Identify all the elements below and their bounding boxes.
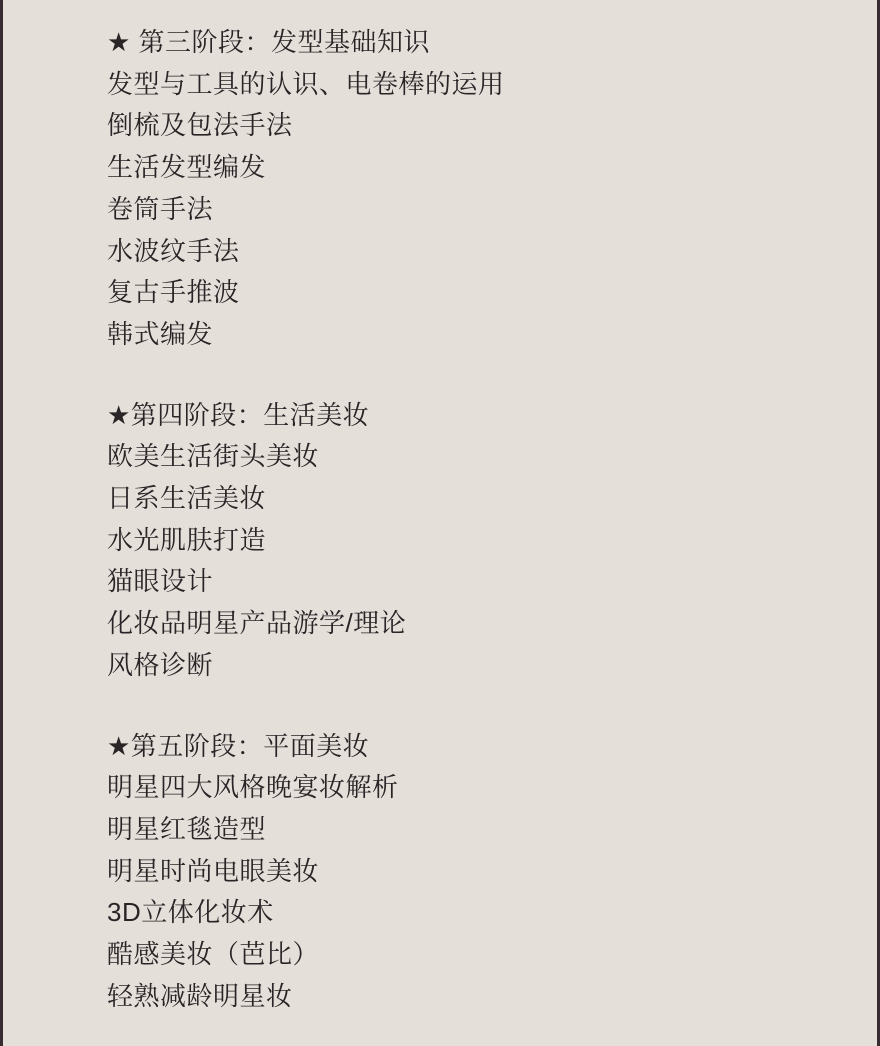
course-item: 复古手推波 xyxy=(107,272,837,314)
curriculum-page: ★ 第三阶段：发型基础知识 发型与工具的认识、电卷棒的运用 倒梳及包法手法 生活… xyxy=(0,0,880,1046)
course-item: 水波纹手法 xyxy=(107,231,837,273)
curriculum-list: ★ 第三阶段：发型基础知识 发型与工具的认识、电卷棒的运用 倒梳及包法手法 生活… xyxy=(107,22,837,1017)
course-item: 日系生活美妆 xyxy=(107,478,837,520)
section-stage-3: ★ 第三阶段：发型基础知识 发型与工具的认识、电卷棒的运用 倒梳及包法手法 生活… xyxy=(107,22,837,356)
course-item: 3D立体化妆术 xyxy=(107,892,837,934)
section-stage-4: ★第四阶段：生活美妆 欧美生活街头美妆 日系生活美妆 水光肌肤打造 猫眼设计 化… xyxy=(107,395,837,687)
section-header: ★第五阶段：平面美妆 xyxy=(107,726,837,768)
section-stage-5: ★第五阶段：平面美妆 明星四大风格晚宴妆解析 明星红毯造型 明星时尚电眼美妆 3… xyxy=(107,726,837,1018)
course-item: 水光肌肤打造 xyxy=(107,520,837,562)
course-item: 生活发型编发 xyxy=(107,147,837,189)
course-item: 猫眼设计 xyxy=(107,561,837,603)
section-header: ★第四阶段：生活美妆 xyxy=(107,395,837,437)
course-item: 明星红毯造型 xyxy=(107,809,837,851)
course-item: 明星时尚电眼美妆 xyxy=(107,851,837,893)
course-item: 酷感美妆（芭比） xyxy=(107,934,837,976)
course-item: 欧美生活街头美妆 xyxy=(107,436,837,478)
course-item: 明星四大风格晚宴妆解析 xyxy=(107,767,837,809)
course-item: 发型与工具的认识、电卷棒的运用 xyxy=(107,64,837,106)
course-item: 风格诊断 xyxy=(107,645,837,687)
course-item: 轻熟减龄明星妆 xyxy=(107,976,837,1018)
course-item: 倒梳及包法手法 xyxy=(107,105,837,147)
course-item: 化妆品明星产品游学/理论 xyxy=(107,603,837,645)
course-item: 韩式编发 xyxy=(107,314,837,356)
course-item: 卷筒手法 xyxy=(107,189,837,231)
section-header: ★ 第三阶段：发型基础知识 xyxy=(107,22,837,64)
